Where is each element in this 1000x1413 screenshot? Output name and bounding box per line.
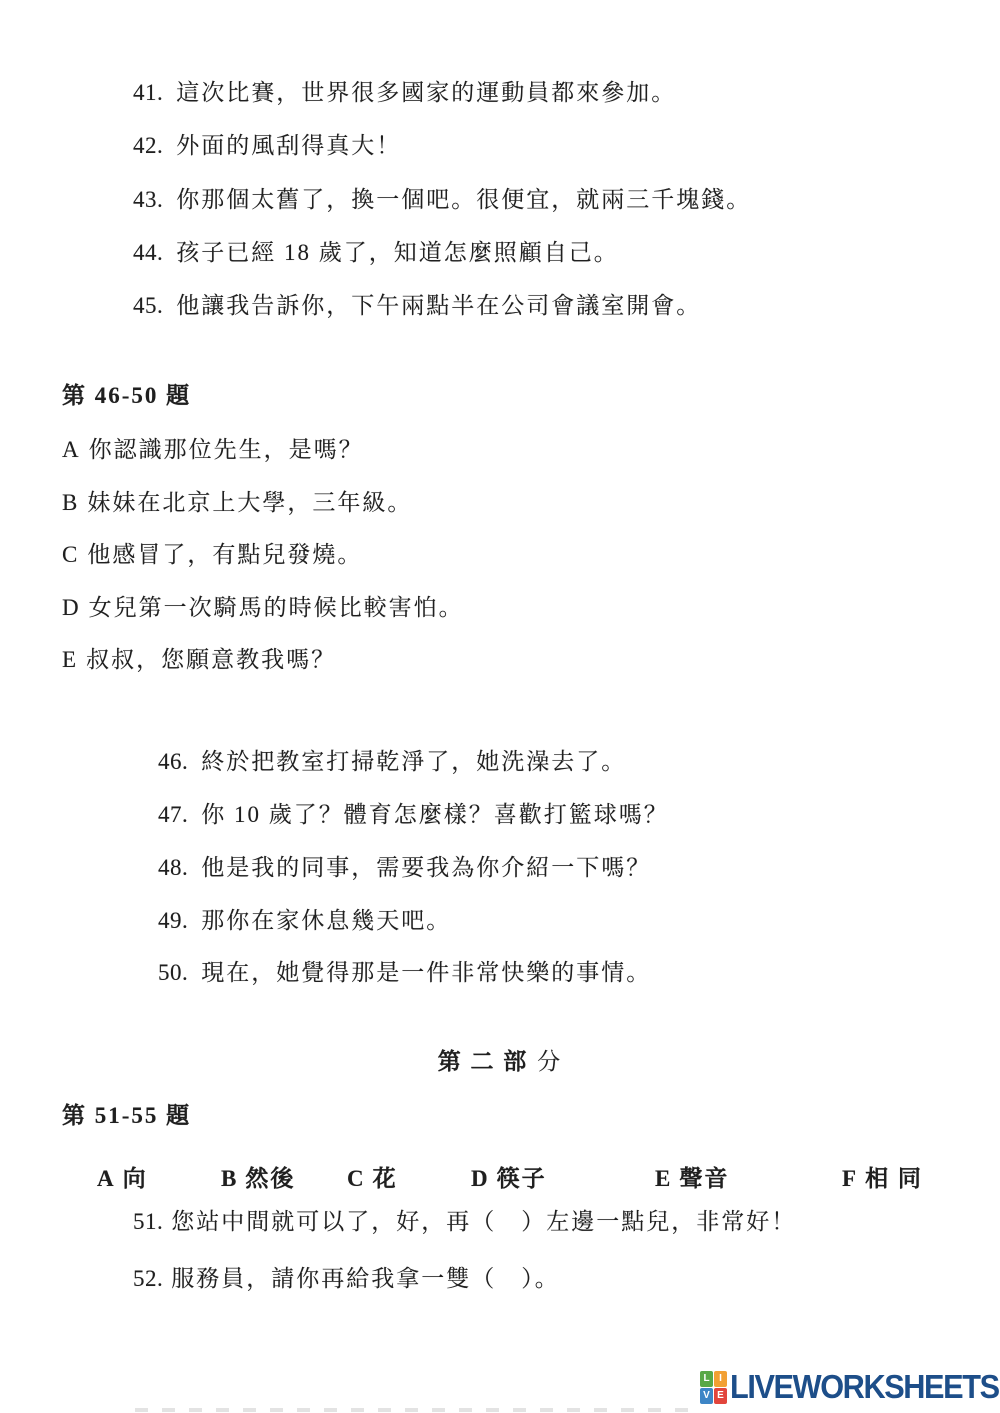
part-2-title-tail: 分 <box>537 1049 562 1074</box>
question-48: 48.他是我的同事，需要我為你介紹一下嗎？ <box>158 856 651 880</box>
word-option-f-label: F <box>842 1166 856 1192</box>
question-50-number: 50. <box>158 961 188 985</box>
question-46: 46.終於把教室打掃乾淨了，她洗澡去了。 <box>158 750 626 774</box>
word-option-a-word: 向 <box>123 1166 148 1191</box>
option-a: A你認識那位先生，是嗎？ <box>62 438 364 462</box>
question-52-text: 服務員，請你再給我拿一雙（ ）。 <box>171 1266 560 1291</box>
question-51-number: 51. <box>133 1210 163 1234</box>
question-50: 50.現在，她覺得那是一件非常快樂的事情。 <box>158 961 651 985</box>
question-45-text: 他讓我告訴你，下午兩點半在公司會議室開會。 <box>176 293 701 318</box>
liveworksheets-brand-text: LIVEWORKSHEETS <box>730 1368 999 1406</box>
word-option-f-word: 相 同 <box>865 1166 923 1191</box>
logo-tile-l: L <box>700 1371 713 1387</box>
part-2-title-main: 第 二 部 <box>438 1049 529 1074</box>
option-b-label: B <box>62 491 77 515</box>
option-d: D女兒第一次騎馬的時候比較害怕。 <box>62 596 464 620</box>
word-option-a: A向 <box>97 1160 148 1193</box>
question-48-number: 48. <box>158 856 188 880</box>
word-option-c: C花 <box>347 1160 398 1193</box>
question-45-number: 45. <box>133 294 163 318</box>
word-option-a-label: A <box>97 1166 114 1192</box>
question-52: 52.服務員，請你再給我拿一雙（ ）。 <box>133 1267 560 1291</box>
question-47-number: 47. <box>158 803 188 827</box>
option-c: C他感冒了，有點兒發燒。 <box>62 543 362 567</box>
liveworksheets-tiles-icon: L I V E <box>700 1371 727 1404</box>
question-51-text: 您站中間就可以了，好，再（ ）左邊一點兒，非常好！ <box>171 1209 796 1234</box>
word-option-f: F相 同 <box>842 1160 923 1193</box>
word-option-e-label: E <box>655 1166 670 1192</box>
cutoff-text-line <box>135 1408 690 1412</box>
option-a-label: A <box>62 438 79 462</box>
option-e: E叔叔，您願意教我嗎？ <box>62 648 336 672</box>
question-43-number: 43. <box>133 188 163 212</box>
question-46-number: 46. <box>158 750 188 774</box>
logo-tile-e: E <box>714 1388 727 1404</box>
question-52-number: 52. <box>133 1267 163 1291</box>
question-49-text: 那你在家休息幾天吧。 <box>201 908 451 933</box>
logo-tile-v: V <box>700 1388 713 1404</box>
question-43: 43.你那個太舊了，換一個吧。很便宜，就兩三千塊錢。 <box>133 188 751 212</box>
option-a-text: 你認識那位先生，是嗎？ <box>89 437 364 462</box>
option-e-label: E <box>62 648 76 672</box>
logo-tile-i: I <box>714 1371 727 1387</box>
word-option-d: D筷子 <box>471 1160 547 1193</box>
section-heading-51-55: 第 51-55 題 <box>62 1104 191 1128</box>
option-d-text: 女兒第一次騎馬的時候比較害怕。 <box>89 595 464 620</box>
part-2-title: 第 二 部分 <box>0 1050 1000 1074</box>
word-option-e-word: 聲音 <box>679 1166 729 1191</box>
question-44-number: 44. <box>133 241 163 265</box>
option-e-text: 叔叔，您願意教我嗎？ <box>86 647 336 672</box>
question-41-text: 這次比賽，世界很多國家的運動員都來參加。 <box>176 80 676 105</box>
word-option-c-word: 花 <box>373 1166 398 1191</box>
question-47-text: 你 10 歲了？體育怎麼樣？喜歡打籃球嗎？ <box>201 802 669 827</box>
question-42-number: 42. <box>133 134 163 158</box>
question-51: 51.您站中間就可以了，好，再（ ）左邊一點兒，非常好！ <box>133 1210 796 1234</box>
question-46-text: 終於把教室打掃乾淨了，她洗澡去了。 <box>201 749 626 774</box>
word-option-d-word: 筷子 <box>497 1166 547 1191</box>
word-option-d-label: D <box>471 1166 488 1192</box>
option-d-label: D <box>62 596 79 620</box>
word-option-b-word: 然後 <box>245 1166 295 1191</box>
word-option-b-label: B <box>221 1166 236 1192</box>
question-42: 42.外面的風刮得真大！ <box>133 134 401 158</box>
question-48-text: 他是我的同事，需要我為你介紹一下嗎？ <box>201 855 651 880</box>
question-41: 41.這次比賽，世界很多國家的運動員都來參加。 <box>133 81 676 105</box>
question-43-text: 你那個太舊了，換一個吧。很便宜，就兩三千塊錢。 <box>176 187 751 212</box>
section-heading-46-50: 第 46-50 題 <box>62 384 191 408</box>
question-47: 47.你 10 歲了？體育怎麼樣？喜歡打籃球嗎？ <box>158 803 669 827</box>
question-45: 45.他讓我告訴你，下午兩點半在公司會議室開會。 <box>133 294 701 318</box>
question-50-text: 現在，她覺得那是一件非常快樂的事情。 <box>201 960 651 985</box>
worksheet-page: 41.這次比賽，世界很多國家的運動員都來參加。 42.外面的風刮得真大！ 43.… <box>0 0 1000 1413</box>
question-49: 49.那你在家休息幾天吧。 <box>158 909 451 933</box>
word-option-b: B然後 <box>221 1160 295 1193</box>
question-49-number: 49. <box>158 909 188 933</box>
question-44-text: 孩子已經 18 歲了，知道怎麼照顧自己。 <box>176 240 619 265</box>
word-option-e: E聲音 <box>655 1160 729 1193</box>
word-bank: A向 B然後 C花 D筷子 E聲音 F相 同 <box>0 1160 1000 1190</box>
option-b-text: 妹妹在北京上大學，三年級。 <box>87 490 412 515</box>
option-c-label: C <box>62 543 77 567</box>
option-c-text: 他感冒了，有點兒發燒。 <box>87 542 362 567</box>
question-44: 44.孩子已經 18 歲了，知道怎麼照顧自己。 <box>133 241 619 265</box>
question-42-text: 外面的風刮得真大！ <box>176 133 401 158</box>
liveworksheets-logo: L I V E LIVEWORKSHEETS <box>700 1368 1000 1406</box>
option-b: B妹妹在北京上大學，三年級。 <box>62 491 412 515</box>
word-option-c-label: C <box>347 1166 364 1192</box>
question-41-number: 41. <box>133 81 163 105</box>
